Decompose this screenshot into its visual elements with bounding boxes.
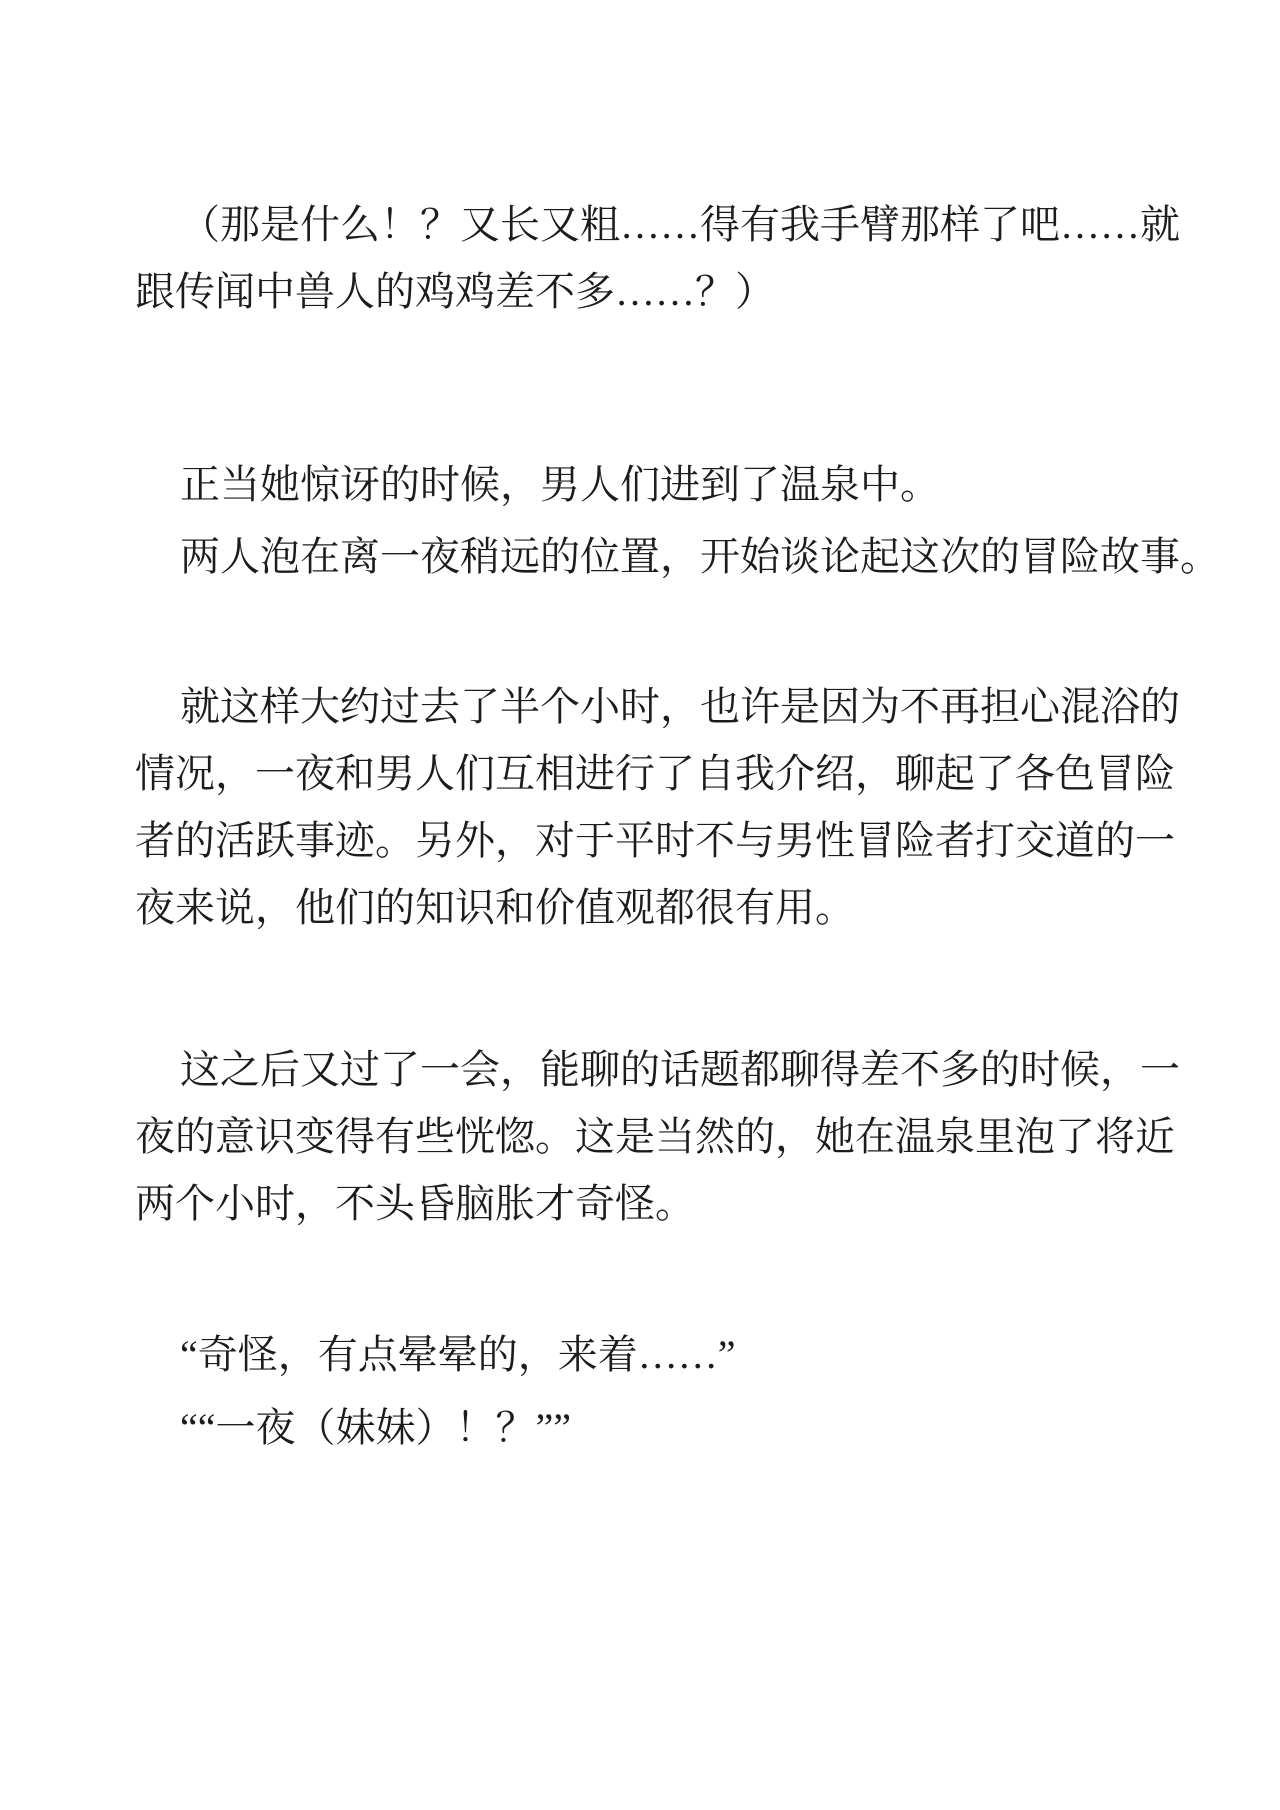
text-line: （那是什么！？又长又粗……得有我手臂那样了吧……就 xyxy=(135,191,1195,258)
text-line: 就这样大约过去了半个小时，也许是因为不再担心混浴的 xyxy=(135,673,1195,740)
paragraph: （那是什么！？又长又粗……得有我手臂那样了吧……就跟传闻中兽人的鸡鸡差不多……？… xyxy=(135,191,1195,325)
text-line: 跟传闻中兽人的鸡鸡差不多……？） xyxy=(135,258,1195,325)
paragraph: 就这样大约过去了半个小时，也许是因为不再担心混浴的情况，一夜和男人们互相进行了自… xyxy=(135,673,1195,941)
text-line: 两人泡在离一夜稍远的位置，开始谈论起这次的冒险故事。 xyxy=(135,523,1195,590)
text-content: （那是什么！？又长又粗……得有我手臂那样了吧……就跟传闻中兽人的鸡鸡差不多……？… xyxy=(135,191,1195,1461)
paragraph: ““一夜（妹妹）！？”” xyxy=(135,1394,1195,1461)
paragraph: “奇怪，有点晕晕的，来着……” xyxy=(135,1321,1195,1388)
text-line: 夜来说，他们的知识和价值观都很有用。 xyxy=(135,874,1195,941)
text-line: 夜的意识变得有些恍惚。这是当然的，她在温泉里泡了将近 xyxy=(135,1103,1195,1170)
text-line: “奇怪，有点晕晕的，来着……” xyxy=(135,1321,1195,1388)
page: （那是什么！？又长又粗……得有我手臂那样了吧……就跟传闻中兽人的鸡鸡差不多……？… xyxy=(0,0,1280,1810)
paragraph: 两人泡在离一夜稍远的位置，开始谈论起这次的冒险故事。 xyxy=(135,523,1195,590)
text-line: 两个小时，不头昏脑胀才奇怪。 xyxy=(135,1170,1195,1237)
text-line: 者的活跃事迹。另外，对于平时不与男性冒险者打交道的一 xyxy=(135,807,1195,874)
text-line: 正当她惊讶的时候，男人们进到了温泉中。 xyxy=(135,451,1195,518)
text-line: ““一夜（妹妹）！？”” xyxy=(135,1394,1195,1461)
text-line: 情况，一夜和男人们互相进行了自我介绍，聊起了各色冒险 xyxy=(135,740,1195,807)
text-line: 这之后又过了一会，能聊的话题都聊得差不多的时候，一 xyxy=(135,1036,1195,1103)
paragraph: 这之后又过了一会，能聊的话题都聊得差不多的时候，一夜的意识变得有些恍惚。这是当然… xyxy=(135,1036,1195,1237)
paragraph: 正当她惊讶的时候，男人们进到了温泉中。 xyxy=(135,451,1195,518)
